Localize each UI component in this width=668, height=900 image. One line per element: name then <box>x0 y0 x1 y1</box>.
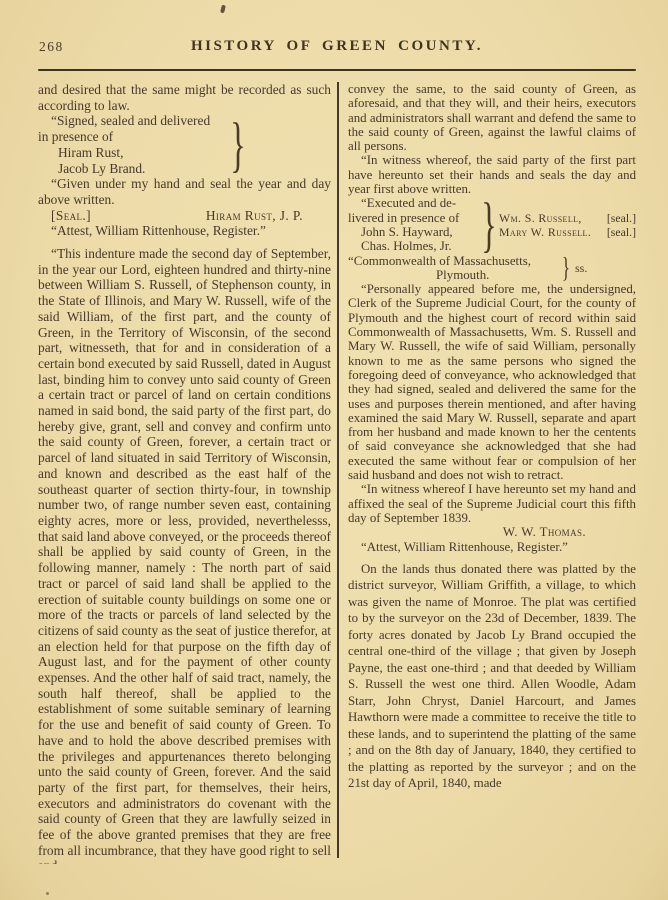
attest-line: “Attest, William Rittenhouse, Register.” <box>38 223 331 239</box>
curly-brace: } <box>230 113 246 176</box>
attest-line: “Attest, William Rittenhouse, Register.” <box>348 540 636 554</box>
witness-line: Hiram Rust, <box>38 145 230 161</box>
witness-line: “Signed, sealed and delivered <box>38 113 230 129</box>
paragraph-acknowledgment: “Personally appeared before me, the unde… <box>348 282 636 482</box>
signatory-names: Wm. S. Russell, [seal.] Mary W. Russell.… <box>499 196 636 253</box>
column-divider-rule <box>337 82 339 858</box>
signature-block-bond: “Signed, sealed and delivered in presenc… <box>38 113 331 176</box>
witness-line: “Executed and de- <box>348 196 481 210</box>
page-number: 268 <box>39 39 64 55</box>
venue-line: “Commonwealth of Massachusetts, <box>348 254 560 268</box>
witness-line: Jacob Ly Brand. <box>38 161 230 177</box>
seal-signature-line: [Seal.] Hiram Rust, J. P. <box>38 208 331 224</box>
paragraph-recording-clause: and desired that the same might be recor… <box>38 82 331 113</box>
right-column: convey the same, to the said county of G… <box>348 82 636 864</box>
venue-line: Plymouth. <box>348 268 560 282</box>
witness-line: John S. Hayward, <box>348 225 481 239</box>
signatory-name: Wm. S. Russell, <box>499 211 582 225</box>
curly-brace: } <box>560 254 572 283</box>
paragraph-indenture: “This indenture made the second day of S… <box>38 246 331 864</box>
justice-signature: Hiram Rust, J. P. <box>206 208 303 224</box>
witness-lines: “Executed and de- livered in presence of… <box>348 196 481 253</box>
ink-speck-bottom <box>46 892 49 895</box>
signatory-row: Wm. S. Russell, [seal.] <box>499 211 636 225</box>
seal-label: [Seal.] <box>51 208 91 224</box>
ink-speck-top <box>220 5 226 14</box>
witness-line: Chas. Holmes, Jr. <box>348 239 481 253</box>
curly-brace: } <box>481 196 497 253</box>
left-column: and desired that the same might be recor… <box>38 82 331 864</box>
paragraph-platting-monroe: On the lands thus donated there was plat… <box>348 561 636 792</box>
paragraph-warranty-clause: convey the same, to the said county of G… <box>348 82 636 153</box>
signatory-row: Mary W. Russell. [seal.] <box>499 225 636 239</box>
signature-block-deed: “Executed and de- livered in presence of… <box>348 196 636 253</box>
clerk-signature: W. W. Thomas. <box>348 525 636 539</box>
paragraph-given-under-hand: “Given under my hand and seal the year a… <box>38 176 331 207</box>
venue-lines: “Commonwealth of Massachusetts, Plymouth… <box>348 254 560 283</box>
seal-tag: [seal.] <box>607 211 636 225</box>
seal-tag: [seal.] <box>607 225 636 239</box>
header-rule <box>38 69 636 71</box>
ss-abbreviation: ss. <box>575 261 587 275</box>
two-column-text: and desired that the same might be recor… <box>38 82 636 864</box>
signatory-name: Mary W. Russell. <box>499 225 591 239</box>
page-header-row: 268 HISTORY OF GREEN COUNTY. <box>38 38 636 56</box>
running-head-title: HISTORY OF GREEN COUNTY. <box>38 38 636 55</box>
book-page: 268 HISTORY OF GREEN COUNTY. and desired… <box>0 0 668 900</box>
paragraph-court-seal: “In witness whereof I have hereunto set … <box>348 482 636 525</box>
witness-line: livered in presence of <box>348 211 481 225</box>
witness-line: in presence of <box>38 129 230 145</box>
witness-lines: “Signed, sealed and delivered in presenc… <box>38 113 230 176</box>
